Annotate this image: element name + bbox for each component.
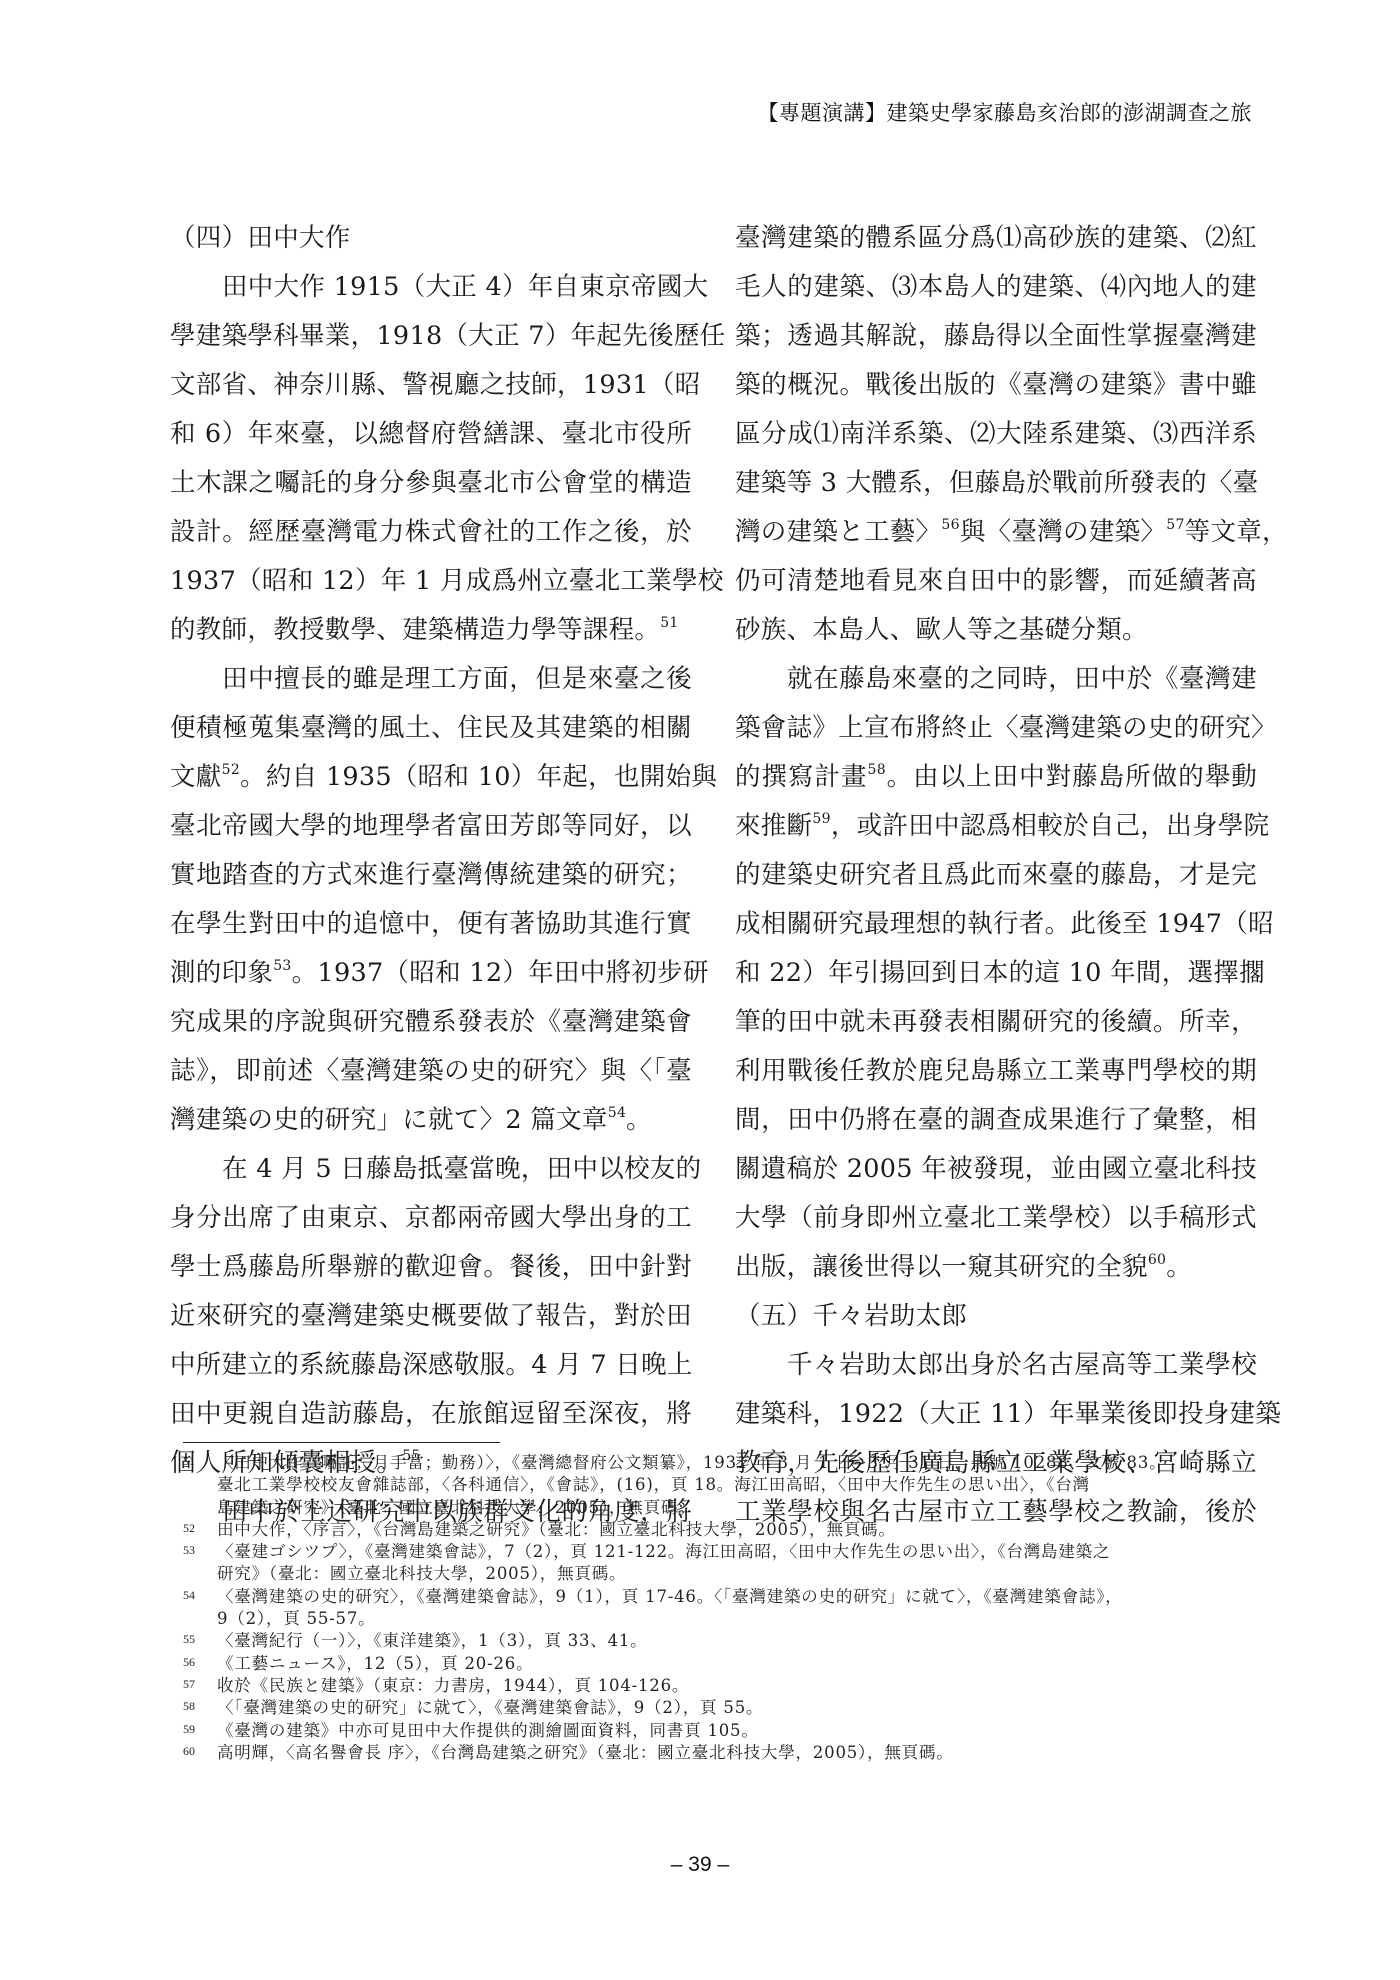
line-text: 實地踏查的方式來進行臺灣傳統建築的研究； — [170, 860, 692, 890]
line-text: 田中擅長的雖是理工方面，但是來臺之後 — [222, 664, 692, 694]
line-text: 學士爲藤島所舉辦的歡迎會。餐後，田中針對 — [170, 1252, 692, 1282]
line-text: 。1937（昭和 12）年田中將初步研 — [292, 958, 709, 988]
line-text: 等文章， — [1185, 517, 1288, 547]
line-text: 間，田中仍將在臺的調查成果進行了彙整，相 — [735, 1105, 1257, 1135]
footnote-ref[interactable]: 58 — [868, 762, 886, 778]
body-text-line: 身分出席了由東京、京都兩帝國大學出身的工 — [170, 1194, 692, 1243]
line-text: 區分成⑴南洋系築、⑵大陸系建築、⑶西洋系 — [735, 419, 1257, 449]
left-column: （四）田中大作田中大作 1915（大正 4）年自東京帝國大學建築學科畢業，191… — [170, 214, 692, 1537]
body-text-line: 中所建立的系統藤島深感敬服。4 月 7 日晚上 — [170, 1341, 692, 1390]
footnote-text: 〈田中大作（囑託；月手當；勤務）〉，《臺灣總督府公文類纂》，1931 年 3 月… — [217, 1452, 1255, 1474]
body-text-line: 築；透過其解說，藤島得以全面性掌握臺灣建 — [735, 312, 1257, 361]
footnote-divider — [183, 1442, 500, 1443]
footnote-text: 〈臺灣建築の史的研究〉，《臺灣建築會誌》，9（1），頁 17-46。〈「臺灣建築… — [217, 1586, 1255, 1608]
body-text-line: 就在藤島來臺的之同時，田中於《臺灣建 — [735, 655, 1257, 704]
body-text-line: 臺灣建築的體系區分爲⑴高砂族的建築、⑵紅 — [735, 214, 1257, 263]
footnote-number: 57 — [183, 1675, 195, 1693]
line-text: 建築等 3 大體系，但藤島於戰前所發表的〈臺 — [735, 468, 1259, 498]
line-text: 關遺稿於 2005 年被發現，並由國立臺北科技 — [735, 1154, 1257, 1184]
line-text: 築會誌》上宣布將終止〈臺灣建築の史的研究〉 — [735, 713, 1277, 743]
body-text-line: 出版，讓後世得以一窺其研究的全貌60。 — [735, 1243, 1257, 1292]
line-text: 中所建立的系統藤島深感敬服。4 月 7 日晚上 — [170, 1350, 693, 1380]
line-text: 與〈臺灣の建築〉 — [960, 517, 1166, 547]
line-text: ，或許田中認爲相較於自己，出身學院 — [831, 811, 1270, 841]
footnote-text: 9（2），頁 55-57。 — [217, 1608, 1255, 1630]
line-text: 田中大作 1915（大正 4）年自東京帝國大 — [222, 272, 708, 302]
line-text: 出版，讓後世得以一窺其研究的全貌 — [735, 1252, 1148, 1282]
line-text: 。 — [1166, 1252, 1192, 1282]
line-text: 。 — [626, 1105, 652, 1135]
line-text: 灣建築の史的研究」に就て〉2 篇文章 — [170, 1105, 608, 1135]
line-text: 土木課之囑託的身分參與臺北市公會堂的構造 — [170, 468, 692, 498]
body-text-line: 究成果的序說與研究體系發表於《臺灣建築會 — [170, 998, 692, 1047]
footnote-item: 56《工藝ニュース》，12（5），頁 20-26。 — [183, 1653, 1255, 1675]
footnote-number: 53 — [183, 1541, 195, 1559]
body-text-line: 間，田中仍將在臺的調查成果進行了彙整，相 — [735, 1096, 1257, 1145]
line-text: 的教師，教授數學、建築構造力學等課程。 — [170, 615, 660, 645]
footnote-item: 53〈臺建ゴシツプ〉，《臺灣建築會誌》，7（2），頁 121-122。海江田高昭… — [183, 1541, 1255, 1586]
line-text: 筆的田中就未再發表相關研究的後續。所幸， — [735, 1007, 1257, 1037]
line-text: 近來研究的臺灣建築史概要做了報告，對於田 — [170, 1301, 692, 1331]
line-text: 的撰寫計畫 — [735, 762, 868, 792]
line-text: 來推斷 — [735, 811, 812, 841]
footnote-ref[interactable]: 56 — [941, 517, 959, 533]
line-text: 田中更親自造訪藤島，在旅館逗留至深夜，將 — [170, 1399, 692, 1429]
line-text: 和 22）年引揚回到日本的這 10 年間，選擇擱 — [735, 958, 1265, 988]
section-heading: （四）田中大作 — [170, 214, 692, 263]
body-text-line: 灣建築の史的研究」に就て〉2 篇文章54。 — [170, 1096, 692, 1145]
line-text: 築；透過其解說，藤島得以全面性掌握臺灣建 — [735, 321, 1257, 351]
line-text: 設計。經歷臺灣電力株式會社的工作之後，於 — [170, 517, 692, 547]
footnote-item: 59《臺灣の建築》中亦可見田中大作提供的測繪圖面資料，同書頁 105。 — [183, 1720, 1255, 1742]
line-text: （五）千々岩助太郎 — [735, 1301, 967, 1331]
line-text: 的建築史研究者且爲此而來臺的藤島，才是完 — [735, 860, 1257, 890]
body-text-line: 來推斷59，或許田中認爲相較於自己，出身學院 — [735, 802, 1257, 851]
body-text-line: 土木課之囑託的身分參與臺北市公會堂的構造 — [170, 459, 692, 508]
line-text: 灣の建築と工藝〉 — [735, 517, 941, 547]
footnote-number: 55 — [183, 1630, 195, 1648]
footnote-text: 高明輝，〈高名譽會長 序〉，《台灣島建築之研究》（臺北：國立臺北科技大學，200… — [217, 1742, 1255, 1764]
line-text: 1937（昭和 12）年 1 月成爲州立臺北工業學校 — [170, 566, 724, 596]
body-text-line: 關遺稿於 2005 年被發現，並由國立臺北科技 — [735, 1145, 1257, 1194]
body-text-line: 田中擅長的雖是理工方面，但是來臺之後 — [170, 655, 692, 704]
footnote-number: 56 — [183, 1653, 195, 1671]
line-text: 築的概況。戰後出版的《臺灣の建築》書中雖 — [735, 370, 1257, 400]
body-text-line: 學建築學科畢業，1918（大正 7）年起先後歷任 — [170, 312, 692, 361]
body-text-line: 在 4 月 5 日藤島抵臺當晚，田中以校友的 — [170, 1145, 692, 1194]
body-text-line: 建築等 3 大體系，但藤島於戰前所發表的〈臺 — [735, 459, 1257, 508]
running-header: 【專題演講】建築史學家藤島亥治郎的澎湖調查之旅 — [758, 97, 1253, 127]
footnote-text: 《臺灣の建築》中亦可見田中大作提供的測繪圖面資料，同書頁 105。 — [217, 1720, 1255, 1742]
line-text: 誌》，即前述〈臺灣建築の史的研究〉與〈「臺 — [170, 1056, 692, 1086]
line-text: 和 6）年來臺，以總督府營繕課、臺北市役所 — [170, 419, 692, 449]
footnote-text: 〈臺灣紀行（一）〉，《東洋建築》，1（3），頁 33、41。 — [217, 1630, 1255, 1652]
line-text: 砂族、本島人、歐人等之基礎分類。 — [735, 615, 1148, 645]
line-text: 利用戰後任教於鹿兒島縣立工業專門學校的期 — [735, 1056, 1257, 1086]
body-text-line: 便積極蒐集臺灣的風土、住民及其建築的相關 — [170, 704, 692, 753]
footnote-item: 51〈田中大作（囑託；月手當；勤務）〉，《臺灣總督府公文類纂》，1931 年 3… — [183, 1452, 1255, 1519]
footnote-text: 〈「臺灣建築の史的研究」に就て〉，《臺灣建築會誌》，9（2），頁 55。 — [217, 1697, 1255, 1719]
footnote-ref[interactable]: 57 — [1166, 517, 1184, 533]
footnote-item: 52田中大作，〈序言〉，《台灣島建築之研究》（臺北：國立臺北科技大學，2005）… — [183, 1519, 1255, 1541]
footnote-ref[interactable]: 51 — [660, 615, 678, 631]
line-text: 在 4 月 5 日藤島抵臺當晚，田中以校友的 — [222, 1154, 701, 1184]
line-text: 大學（前身即州立臺北工業學校）以手稿形式 — [735, 1203, 1257, 1233]
line-text: 便積極蒐集臺灣的風土、住民及其建築的相關 — [170, 713, 692, 743]
body-text-line: 區分成⑴南洋系築、⑵大陸系建築、⑶西洋系 — [735, 410, 1257, 459]
body-text-line: 的撰寫計畫58。由以上田中對藤島所做的舉動 — [735, 753, 1257, 802]
body-text-line: 的教師，教授數學、建築構造力學等課程。51 — [170, 606, 692, 655]
body-text-line: 灣の建築と工藝〉56與〈臺灣の建築〉57等文章， — [735, 508, 1257, 557]
body-text-line: 近來研究的臺灣建築史概要做了報告，對於田 — [170, 1292, 692, 1341]
footnote-text: 田中大作，〈序言〉，《台灣島建築之研究》（臺北：國立臺北科技大學，2005），無… — [217, 1519, 1255, 1541]
body-text-line: 文部省、神奈川縣、警視廳之技師，1931（昭 — [170, 361, 692, 410]
section-heading: （五）千々岩助太郎 — [735, 1292, 1257, 1341]
body-text-line: 仍可清楚地看見來自田中的影響，而延續著高 — [735, 557, 1257, 606]
footnote-ref[interactable]: 53 — [273, 958, 291, 974]
body-text-line: 誌》，即前述〈臺灣建築の史的研究〉與〈「臺 — [170, 1047, 692, 1096]
footnote-number: 58 — [183, 1697, 195, 1715]
footnote-ref[interactable]: 59 — [812, 811, 830, 827]
footnote-number: 60 — [183, 1742, 195, 1760]
body-text-line: 田中更親自造訪藤島，在旅館逗留至深夜，將 — [170, 1390, 692, 1439]
footnote-number: 59 — [183, 1720, 195, 1738]
footnote-item: 57收於《民族と建築》（東京：力書房，1944），頁 104-126。 — [183, 1675, 1255, 1697]
body-text-line: 毛人的建築、⑶本島人的建築、⑷內地人的建 — [735, 263, 1257, 312]
body-text-line: 臺北帝國大學的地理學者富田芳郎等同好，以 — [170, 802, 692, 851]
body-text-line: 和 22）年引揚回到日本的這 10 年間，選擇擱 — [735, 949, 1257, 998]
line-text: （四）田中大作 — [170, 223, 351, 253]
line-text: 身分出席了由東京、京都兩帝國大學出身的工 — [170, 1203, 692, 1233]
body-text-line: 和 6）年來臺，以總督府營繕課、臺北市役所 — [170, 410, 692, 459]
body-text-line: 筆的田中就未再發表相關研究的後續。所幸， — [735, 998, 1257, 1047]
body-text-line: 1937（昭和 12）年 1 月成爲州立臺北工業學校 — [170, 557, 692, 606]
footnote-text: 收於《民族と建築》（東京：力書房，1944），頁 104-126。 — [217, 1675, 1255, 1697]
body-text-line: 砂族、本島人、歐人等之基礎分類。 — [735, 606, 1257, 655]
body-text-line: 的建築史研究者且爲此而來臺的藤島，才是完 — [735, 851, 1257, 900]
body-text-line: 實地踏查的方式來進行臺灣傳統建築的研究； — [170, 851, 692, 900]
line-text: 臺北帝國大學的地理學者富田芳郎等同好，以 — [170, 811, 692, 841]
page-number: – 39 – — [0, 1853, 1400, 1877]
line-text: 臺灣建築的體系區分爲⑴高砂族的建築、⑵紅 — [735, 223, 1257, 253]
line-text: 在學生對田中的追憶中，便有著協助其進行實 — [170, 909, 692, 939]
footnote-item: 55〈臺灣紀行（一）〉，《東洋建築》，1（3），頁 33、41。 — [183, 1630, 1255, 1652]
line-text: 文獻 — [170, 762, 222, 792]
body-text-line: 測的印象53。1937（昭和 12）年田中將初步研 — [170, 949, 692, 998]
body-text-line: 文獻52。約自 1935（昭和 10）年起，也開始與 — [170, 753, 692, 802]
footnote-number: 51 — [183, 1452, 195, 1470]
footnote-item: 54〈臺灣建築の史的研究〉，《臺灣建築會誌》，9（1），頁 17-46。〈「臺灣… — [183, 1586, 1255, 1631]
body-text-line: 成相關研究最理想的執行者。此後至 1947（昭 — [735, 900, 1257, 949]
line-text: 文部省、神奈川縣、警視廳之技師，1931（昭 — [170, 370, 701, 400]
line-text: 仍可清楚地看見來自田中的影響，而延續著高 — [735, 566, 1257, 596]
footnote-text: 〈臺建ゴシツプ〉，《臺灣建築會誌》，7（2），頁 121-122。海江田高昭，〈… — [217, 1541, 1255, 1563]
footnote-text: 島建築之研究》（臺北：國立臺北科技大學，2005），無頁碼。 — [217, 1497, 1255, 1519]
line-text: 究成果的序說與研究體系發表於《臺灣建築會 — [170, 1007, 692, 1037]
footnote-text: 《工藝ニュース》，12（5），頁 20-26。 — [217, 1653, 1255, 1675]
footnote-number: 54 — [183, 1586, 195, 1604]
line-text: 。由以上田中對藤島所做的舉動 — [886, 762, 1257, 792]
line-text: 千々岩助太郎出身於名古屋高等工業學校 — [787, 1350, 1257, 1380]
line-text: 成相關研究最理想的執行者。此後至 1947（昭 — [735, 909, 1274, 939]
body-text-line: 利用戰後任教於鹿兒島縣立工業專門學校的期 — [735, 1047, 1257, 1096]
footnotes: 51〈田中大作（囑託；月手當；勤務）〉，《臺灣總督府公文類纂》，1931 年 3… — [183, 1452, 1255, 1764]
body-text-line: 建築科，1922（大正 11）年畢業後即投身建築 — [735, 1390, 1257, 1439]
footnote-ref[interactable]: 60 — [1148, 1252, 1166, 1268]
body-text-line: 學士爲藤島所舉辦的歡迎會。餐後，田中針對 — [170, 1243, 692, 1292]
line-text: 。約自 1935（昭和 10）年起，也開始與 — [240, 762, 717, 792]
body-text-line: 田中大作 1915（大正 4）年自東京帝國大 — [170, 263, 692, 312]
footnote-number: 52 — [183, 1519, 195, 1537]
line-text: 毛人的建築、⑶本島人的建築、⑷內地人的建 — [735, 272, 1257, 302]
body-text-line: 在學生對田中的追憶中，便有著協助其進行實 — [170, 900, 692, 949]
body-text-line: 大學（前身即州立臺北工業學校）以手稿形式 — [735, 1194, 1257, 1243]
body-text-line: 設計。經歷臺灣電力株式會社的工作之後，於 — [170, 508, 692, 557]
line-text: 就在藤島來臺的之同時，田中於《臺灣建 — [787, 664, 1257, 694]
body-text-line: 築會誌》上宣布將終止〈臺灣建築の史的研究〉 — [735, 704, 1257, 753]
line-text: 測的印象 — [170, 958, 273, 988]
line-text: 建築科，1922（大正 11）年畢業後即投身建築 — [735, 1399, 1281, 1429]
line-text: 學建築學科畢業，1918（大正 7）年起先後歷任 — [170, 321, 725, 351]
footnote-ref[interactable]: 54 — [608, 1105, 626, 1121]
footnote-item: 60高明輝，〈高名譽會長 序〉，《台灣島建築之研究》（臺北：國立臺北科技大學，2… — [183, 1742, 1255, 1764]
footnote-text: 研究》（臺北：國立臺北科技大學，2005），無頁碼。 — [217, 1563, 1255, 1585]
body-text-line: 築的概況。戰後出版的《臺灣の建築》書中雖 — [735, 361, 1257, 410]
right-column: 臺灣建築的體系區分爲⑴高砂族的建築、⑵紅毛人的建築、⑶本島人的建築、⑷內地人的建… — [735, 214, 1257, 1537]
footnote-ref[interactable]: 52 — [222, 762, 240, 778]
footnote-text: 臺北工業學校校友會雜誌部，〈各科通信〉，《會誌》，(16)，頁 18。海江田高昭… — [217, 1474, 1255, 1496]
body-text-line: 千々岩助太郎出身於名古屋高等工業學校 — [735, 1341, 1257, 1390]
footnote-item: 58〈「臺灣建築の史的研究」に就て〉，《臺灣建築會誌》，9（2），頁 55。 — [183, 1697, 1255, 1719]
